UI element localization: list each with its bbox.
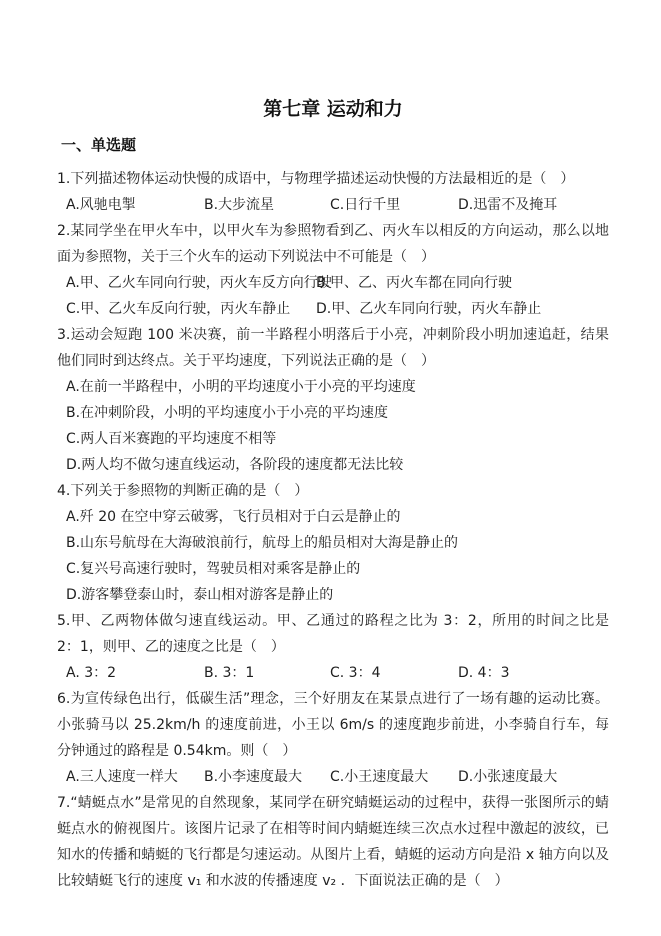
- question-5-option-d: D. 4：3: [458, 660, 510, 686]
- question-2-option-b: B.甲、乙、丙火车都在同向行驶: [316, 270, 512, 296]
- question-1: 1.下列描述物体运动快慢的成语中，与物理学描述运动快慢的方法最相近的是（ ） A…: [57, 166, 609, 218]
- question-2-options-row-1: A.甲、乙火车同向行驶，丙火车反方向行驶 B.甲、乙、丙火车都在同向行驶: [57, 270, 609, 296]
- question-1-option-d: D.迅雷不及掩耳: [458, 192, 557, 218]
- question-2: 2.某同学坐在甲火车中，以甲火车为参照物看到乙、丙火车以相反的方向运动，那么以地…: [57, 218, 609, 322]
- question-2-option-c: C.甲、乙火车反向行驶，丙火车静止: [66, 296, 316, 322]
- question-2-option-d: D.甲、乙火车同向行驶，丙火车静止: [316, 296, 541, 322]
- question-1-option-a: A.风驰电掣: [66, 192, 204, 218]
- question-3-option-a: A.在前一半路程中，小明的平均速度小于小亮的平均速度: [57, 374, 609, 400]
- chapter-title: 第七章 运动和力: [57, 96, 609, 122]
- question-7-stem: 7.“蜻蜓点水”是常见的自然现象，某同学在研究蜻蜓运动的过程中，获得一张图所示的…: [57, 790, 609, 894]
- question-6-stem: 6.为宣传绿色出行，低碳生活”理念，三个好朋友在某景点进行了一场有趣的运动比赛。…: [57, 686, 609, 764]
- question-2-stem: 2.某同学坐在甲火车中，以甲火车为参照物看到乙、丙火车以相反的方向运动，那么以地…: [57, 218, 609, 270]
- question-1-options-row: A.风驰电掣 B.大步流星 C.日行千里 D.迅雷不及掩耳: [57, 192, 609, 218]
- question-3-option-d: D.两人均不做匀速直线运动，各阶段的速度都无法比较: [57, 452, 609, 478]
- question-4-option-d: D.游客攀登泰山时，泰山相对游客是静止的: [57, 582, 609, 608]
- exam-document-page: 第七章 运动和力 一、单选题 1.下列描述物体运动快慢的成语中，与物理学描述运动…: [0, 0, 661, 936]
- question-4-stem: 4.下列关于参照物的判断正确的是（ ）: [57, 478, 609, 504]
- question-5-options-row: A. 3：2 B. 3：1 C. 3：4 D. 4：3: [57, 660, 609, 686]
- question-2-option-a: A.甲、乙火车同向行驶，丙火车反方向行驶: [66, 270, 316, 296]
- question-3: 3.运动会短跑 100 米决赛，前一半路程小明落后于小亮，冲刺阶段小明加速追赶，…: [57, 322, 609, 478]
- question-3-stem: 3.运动会短跑 100 米决赛，前一半路程小明落后于小亮，冲刺阶段小明加速追赶，…: [57, 322, 609, 374]
- question-6: 6.为宣传绿色出行，低碳生活”理念，三个好朋友在某景点进行了一场有趣的运动比赛。…: [57, 686, 609, 790]
- question-1-option-c: C.日行千里: [330, 192, 458, 218]
- question-list: 1.下列描述物体运动快慢的成语中，与物理学描述运动快慢的方法最相近的是（ ） A…: [57, 166, 609, 894]
- question-6-option-c: C.小王速度最大: [330, 764, 458, 790]
- question-5: 5.甲、乙两物体做匀速直线运动。甲、乙通过的路程之比为 3：2，所用的时间之比是…: [57, 608, 609, 686]
- question-7: 7.“蜻蜓点水”是常见的自然现象，某同学在研究蜻蜓运动的过程中，获得一张图所示的…: [57, 790, 609, 894]
- question-2-options-row-2: C.甲、乙火车反向行驶，丙火车静止 D.甲、乙火车同向行驶，丙火车静止: [57, 296, 609, 322]
- question-5-option-a: A. 3：2: [66, 660, 204, 686]
- section-heading: 一、单选题: [61, 131, 609, 159]
- question-5-option-c: C. 3：4: [330, 660, 458, 686]
- question-4-option-b: B.山东号航母在大海破浪前行，航母上的船员相对大海是静止的: [57, 530, 609, 556]
- question-3-option-b: B.在冲刺阶段，小明的平均速度小于小亮的平均速度: [57, 400, 609, 426]
- question-6-option-b: B.小李速度最大: [204, 764, 330, 790]
- question-5-stem: 5.甲、乙两物体做匀速直线运动。甲、乙通过的路程之比为 3：2，所用的时间之比是…: [57, 608, 609, 660]
- question-1-option-b: B.大步流星: [204, 192, 330, 218]
- question-4-option-c: C.复兴号高速行驶时，驾驶员相对乘客是静止的: [57, 556, 609, 582]
- question-6-option-a: A.三人速度一样大: [66, 764, 204, 790]
- question-4: 4.下列关于参照物的判断正确的是（ ） A.歼 20 在空中穿云破雾，飞行员相对…: [57, 478, 609, 608]
- question-6-option-d: D.小张速度最大: [458, 764, 557, 790]
- question-3-option-c: C.两人百米赛跑的平均速度不相等: [57, 426, 609, 452]
- question-5-option-b: B. 3：1: [204, 660, 330, 686]
- question-6-options-row: A.三人速度一样大 B.小李速度最大 C.小王速度最大 D.小张速度最大: [57, 764, 609, 790]
- question-1-stem: 1.下列描述物体运动快慢的成语中，与物理学描述运动快慢的方法最相近的是（ ）: [57, 166, 609, 192]
- question-4-option-a: A.歼 20 在空中穿云破雾，飞行员相对于白云是静止的: [57, 504, 609, 530]
